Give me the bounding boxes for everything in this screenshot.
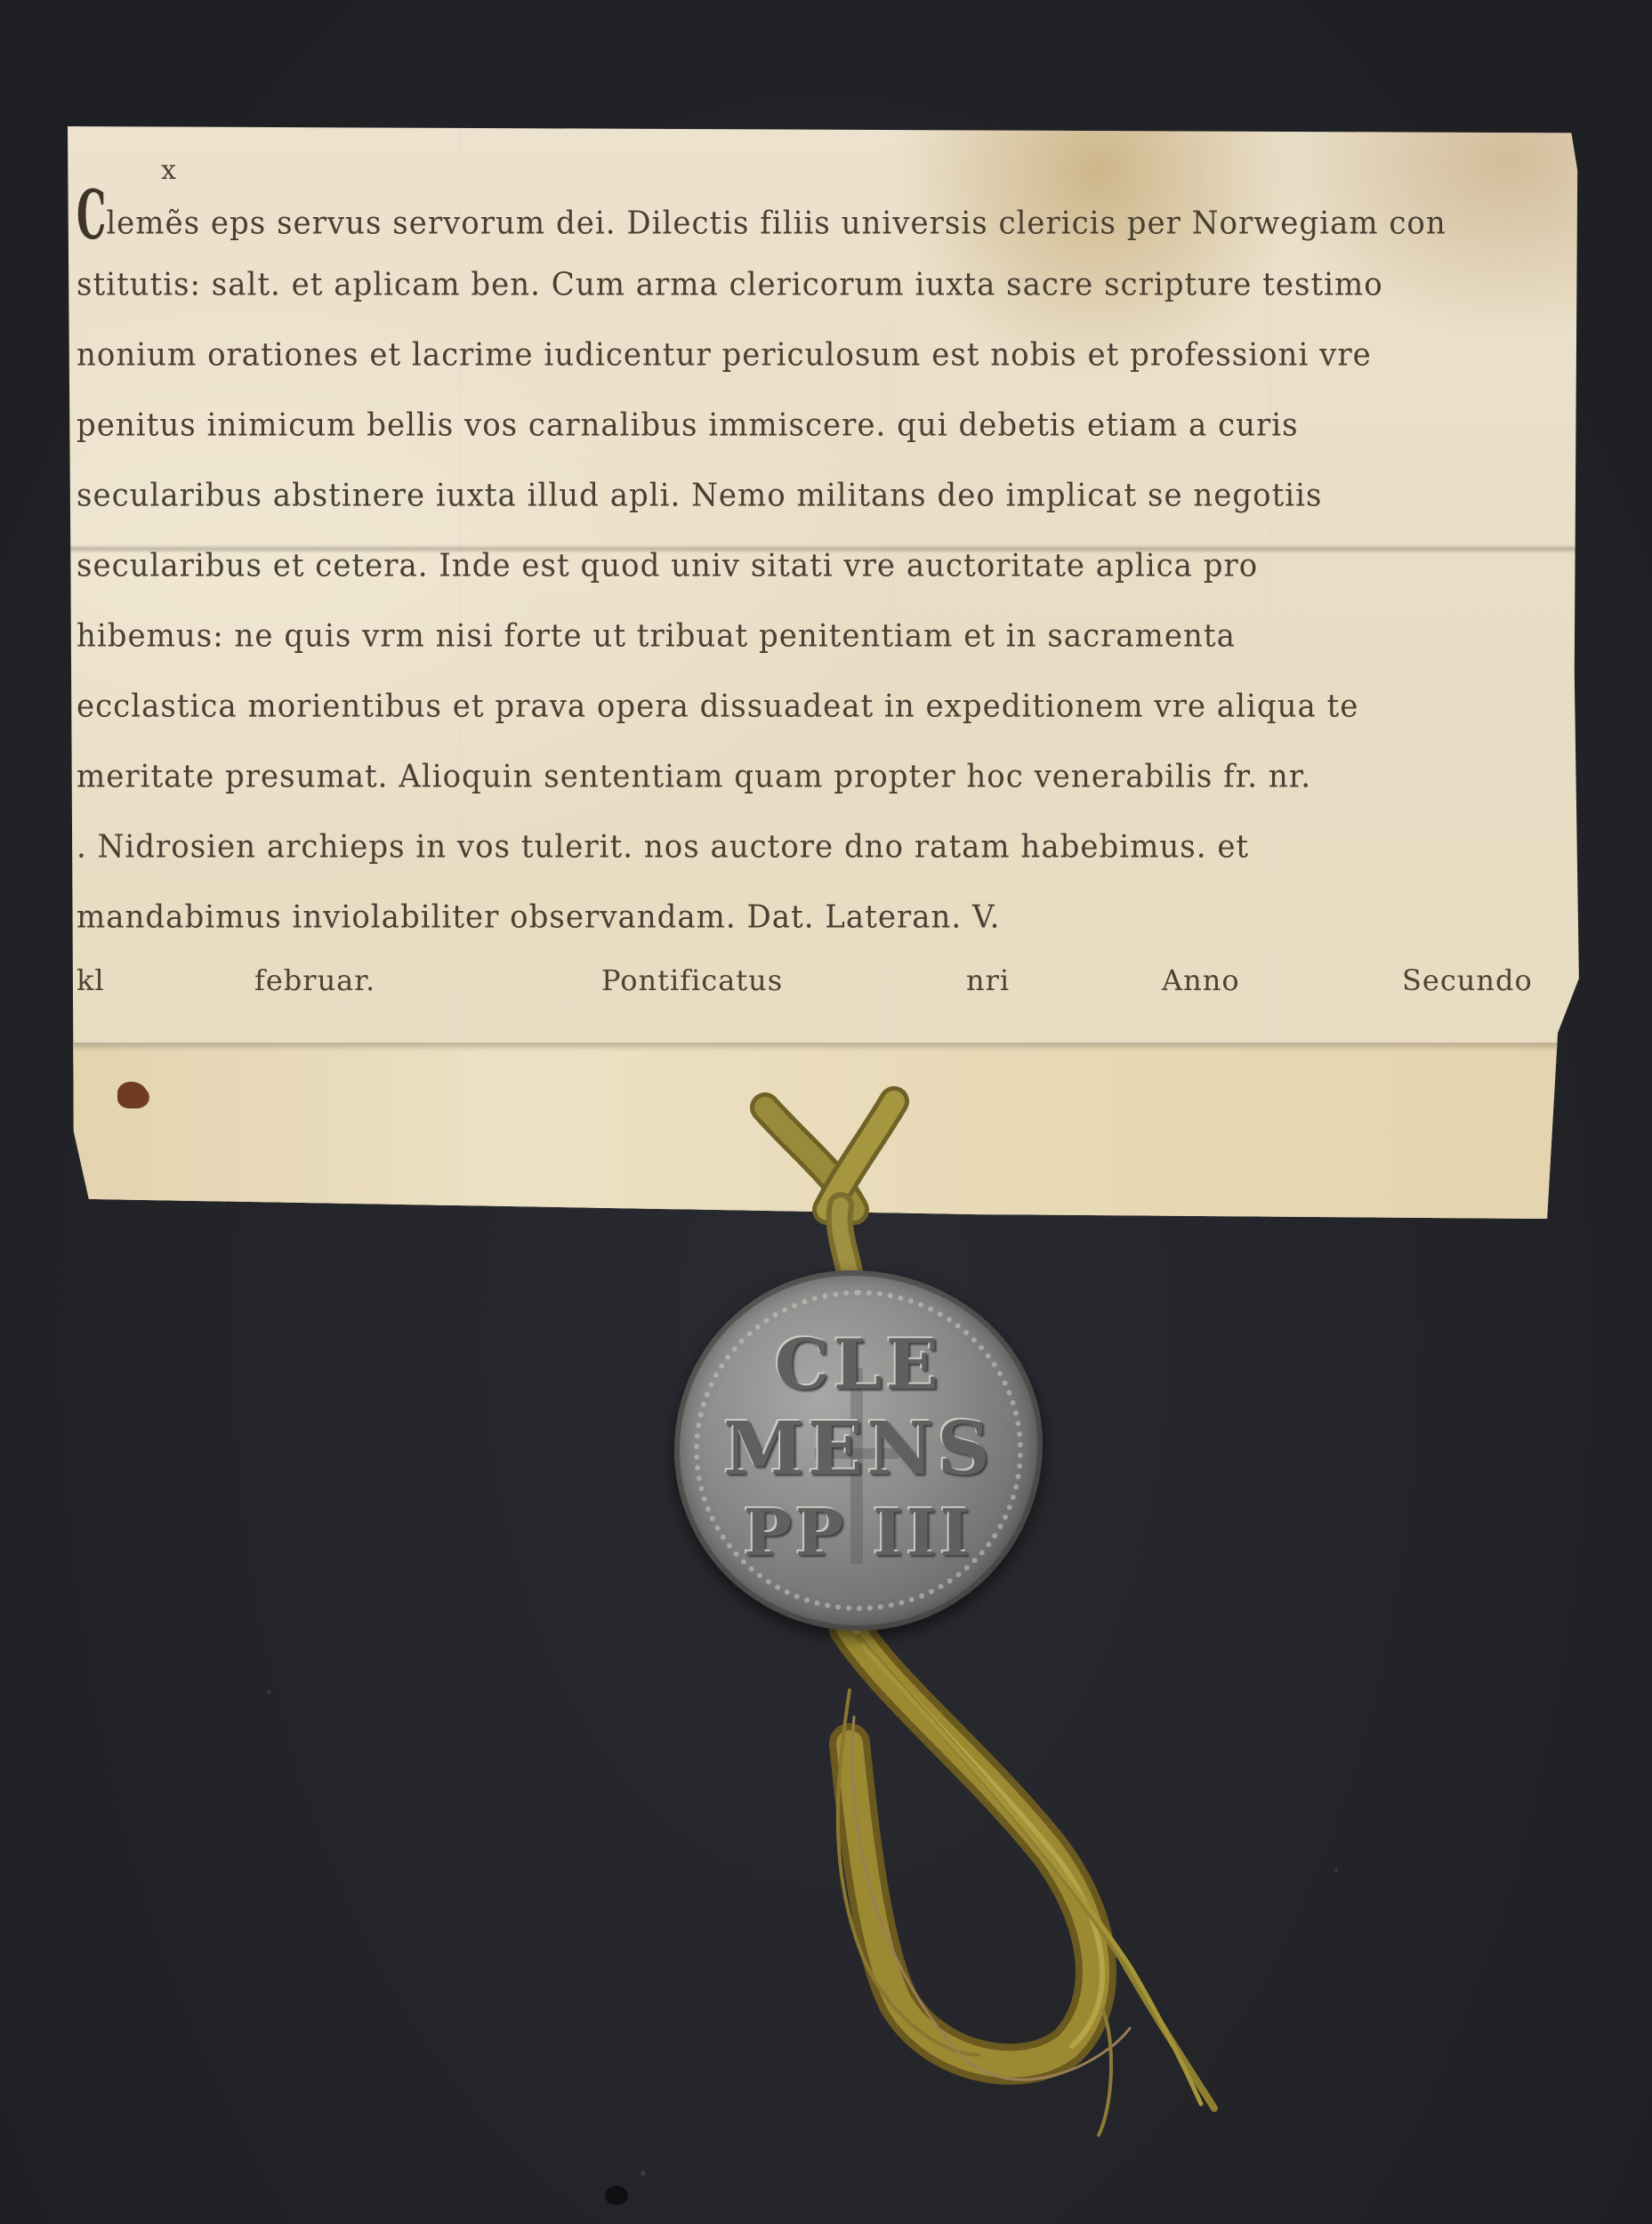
cord-knot [765,1101,894,1272]
cord-tassel [838,1628,1214,2135]
seal-inscription: CLE MENS PP III [674,1324,1043,1575]
seal-line-1: CLE [674,1324,1043,1407]
silk-cord [0,0,1652,2224]
lead-seal: CLE MENS PP III [674,1270,1043,1631]
seal-line-2: MENS [674,1407,1043,1491]
seal-line-3: PP III [674,1491,1043,1575]
